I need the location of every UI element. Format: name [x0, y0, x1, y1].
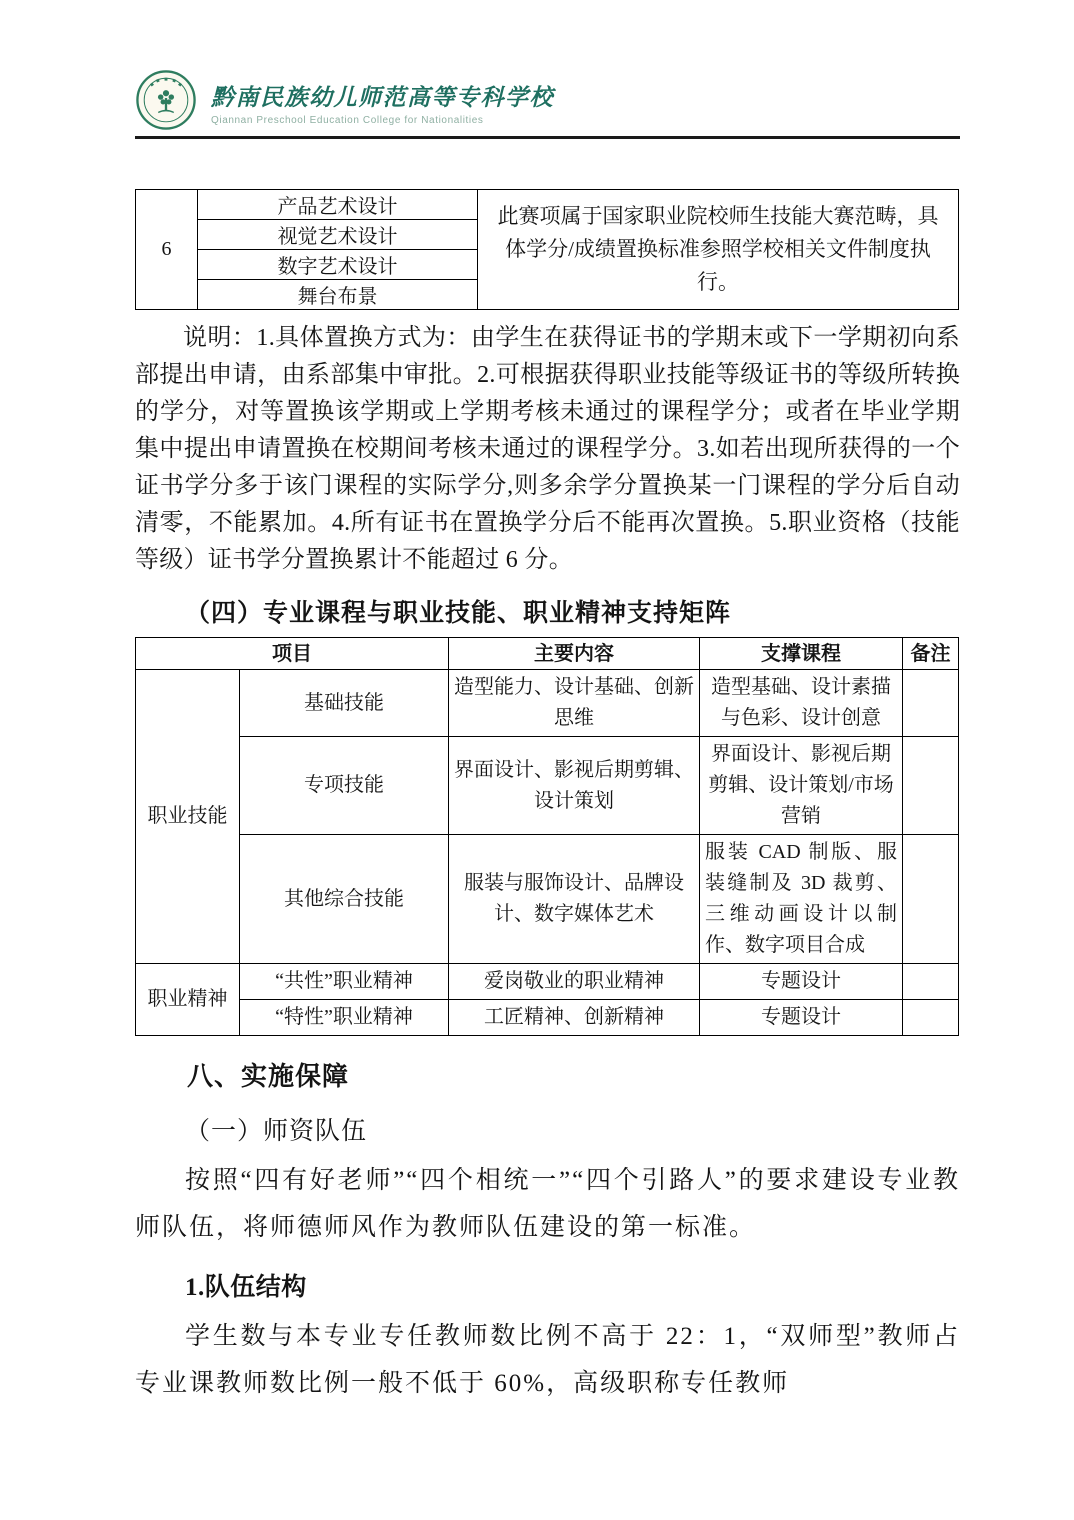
category-cell: 职业技能: [136, 670, 240, 964]
column-header-content: 主要内容: [449, 638, 700, 670]
remark-cell: [903, 964, 959, 1000]
competition-credit-table: 6 产品艺术设计 此赛项属于国家职业院校师生技能大赛范畴，具体学分/成绩置换标准…: [135, 189, 959, 310]
credit-replacement-notes: 说明：1.具体置换方式为：由学生在获得证书的学期末或下一学期初向系部提出申请，由…: [135, 320, 960, 579]
section8-sub2-heading: 1.队伍结构: [135, 1267, 960, 1303]
item-cell: 产品艺术设计: [198, 190, 478, 220]
section8-sub1-heading: （一）师资队伍: [135, 1111, 960, 1147]
courses-cell: 专题设计: [700, 964, 903, 1000]
school-name-block: 黔南民族幼儿师范高等专科学校 Qiannan Preschool Educati…: [211, 79, 554, 126]
courses-cell: 服装 CAD 制版、服装缝制及 3D 裁剪、三维动画设计以制作、数字项目合成: [700, 835, 903, 964]
team-structure-paragraph: 学生数与本专业专任教师数比例不高于 22：1，“双师型”教师占专业课教师数比例一…: [135, 1313, 960, 1407]
section8-heading: 八、实施保障: [135, 1056, 960, 1093]
sub-item-cell: “共性”职业精神: [240, 964, 449, 1000]
courses-cell: 界面设计、影视后期剪辑、设计策划/市场营销: [700, 737, 903, 835]
content-cell: 爱岗敬业的职业精神: [449, 964, 700, 1000]
table-row: 专项技能 界面设计、影视后期剪辑、设计策划 界面设计、影视后期剪辑、设计策划/市…: [136, 737, 959, 835]
item-cell: 数字艺术设计: [198, 250, 478, 280]
row-number-cell: 6: [136, 190, 198, 310]
courses-cell: 专题设计: [700, 1000, 903, 1036]
column-header-courses: 支撑课程: [700, 638, 903, 670]
school-name-english: Qiannan Preschool Education College for …: [211, 115, 554, 126]
note-cell: 此赛项属于国家职业院校师生技能大赛范畴，具体学分/成绩置换标准参照学校相关文件制…: [478, 190, 959, 310]
remark-cell: [903, 835, 959, 964]
page-header: 黔南民族幼儿师范高等专科学校 Qiannan Preschool Educati…: [135, 0, 960, 134]
content-cell: 服装与服饰设计、品牌设计、数字媒体艺术: [449, 835, 700, 964]
school-logo-icon: [135, 69, 197, 136]
table-row: 其他综合技能 服装与服饰设计、品牌设计、数字媒体艺术 服装 CAD 制版、服装缝…: [136, 835, 959, 964]
remark-cell: [903, 1000, 959, 1036]
teacher-team-paragraph: 按照“四有好老师”“四个相统一”“四个引路人”的要求建设专业教师队伍，将师德师风…: [135, 1157, 960, 1251]
remark-cell: [903, 670, 959, 737]
content-cell: 界面设计、影视后期剪辑、设计策划: [449, 737, 700, 835]
sub-item-cell: 基础技能: [240, 670, 449, 737]
table-row: 职业技能 基础技能 造型能力、设计基础、创新思维 造型基础、设计素描与色彩、设计…: [136, 670, 959, 737]
category-cell: 职业精神: [136, 964, 240, 1036]
sub-item-cell: “特性”职业精神: [240, 1000, 449, 1036]
page-content: 黔南民族幼儿师范高等专科学校 Qiannan Preschool Educati…: [0, 0, 1074, 1407]
column-header-remark: 备注: [903, 638, 959, 670]
courses-cell: 造型基础、设计素描与色彩、设计创意: [700, 670, 903, 737]
item-cell: 视觉艺术设计: [198, 220, 478, 250]
table-row: “特性”职业精神 工匠精神、创新精神 专题设计: [136, 1000, 959, 1036]
document-page: 黔南民族幼儿师范高等专科学校 Qiannan Preschool Educati…: [0, 0, 1074, 1520]
sub-item-cell: 专项技能: [240, 737, 449, 835]
table-header-row: 项目 主要内容 支撑课程 备注: [136, 638, 959, 670]
remark-cell: [903, 737, 959, 835]
content-cell: 工匠精神、创新精神: [449, 1000, 700, 1036]
header-divider: [135, 136, 960, 139]
support-matrix-table: 项目 主要内容 支撑课程 备注 职业技能 基础技能 造型能力、设计基础、创新思维…: [135, 637, 959, 1036]
table-row: 6 产品艺术设计 此赛项属于国家职业院校师生技能大赛范畴，具体学分/成绩置换标准…: [136, 190, 959, 220]
sub-item-cell: 其他综合技能: [240, 835, 449, 964]
column-header-project: 项目: [136, 638, 449, 670]
section4-heading: （四）专业课程与职业技能、职业精神支持矩阵: [135, 593, 960, 629]
school-name-chinese: 黔南民族幼儿师范高等专科学校: [211, 79, 554, 112]
table-row: 职业精神 “共性”职业精神 爱岗敬业的职业精神 专题设计: [136, 964, 959, 1000]
content-cell: 造型能力、设计基础、创新思维: [449, 670, 700, 737]
item-cell: 舞台布景: [198, 280, 478, 310]
